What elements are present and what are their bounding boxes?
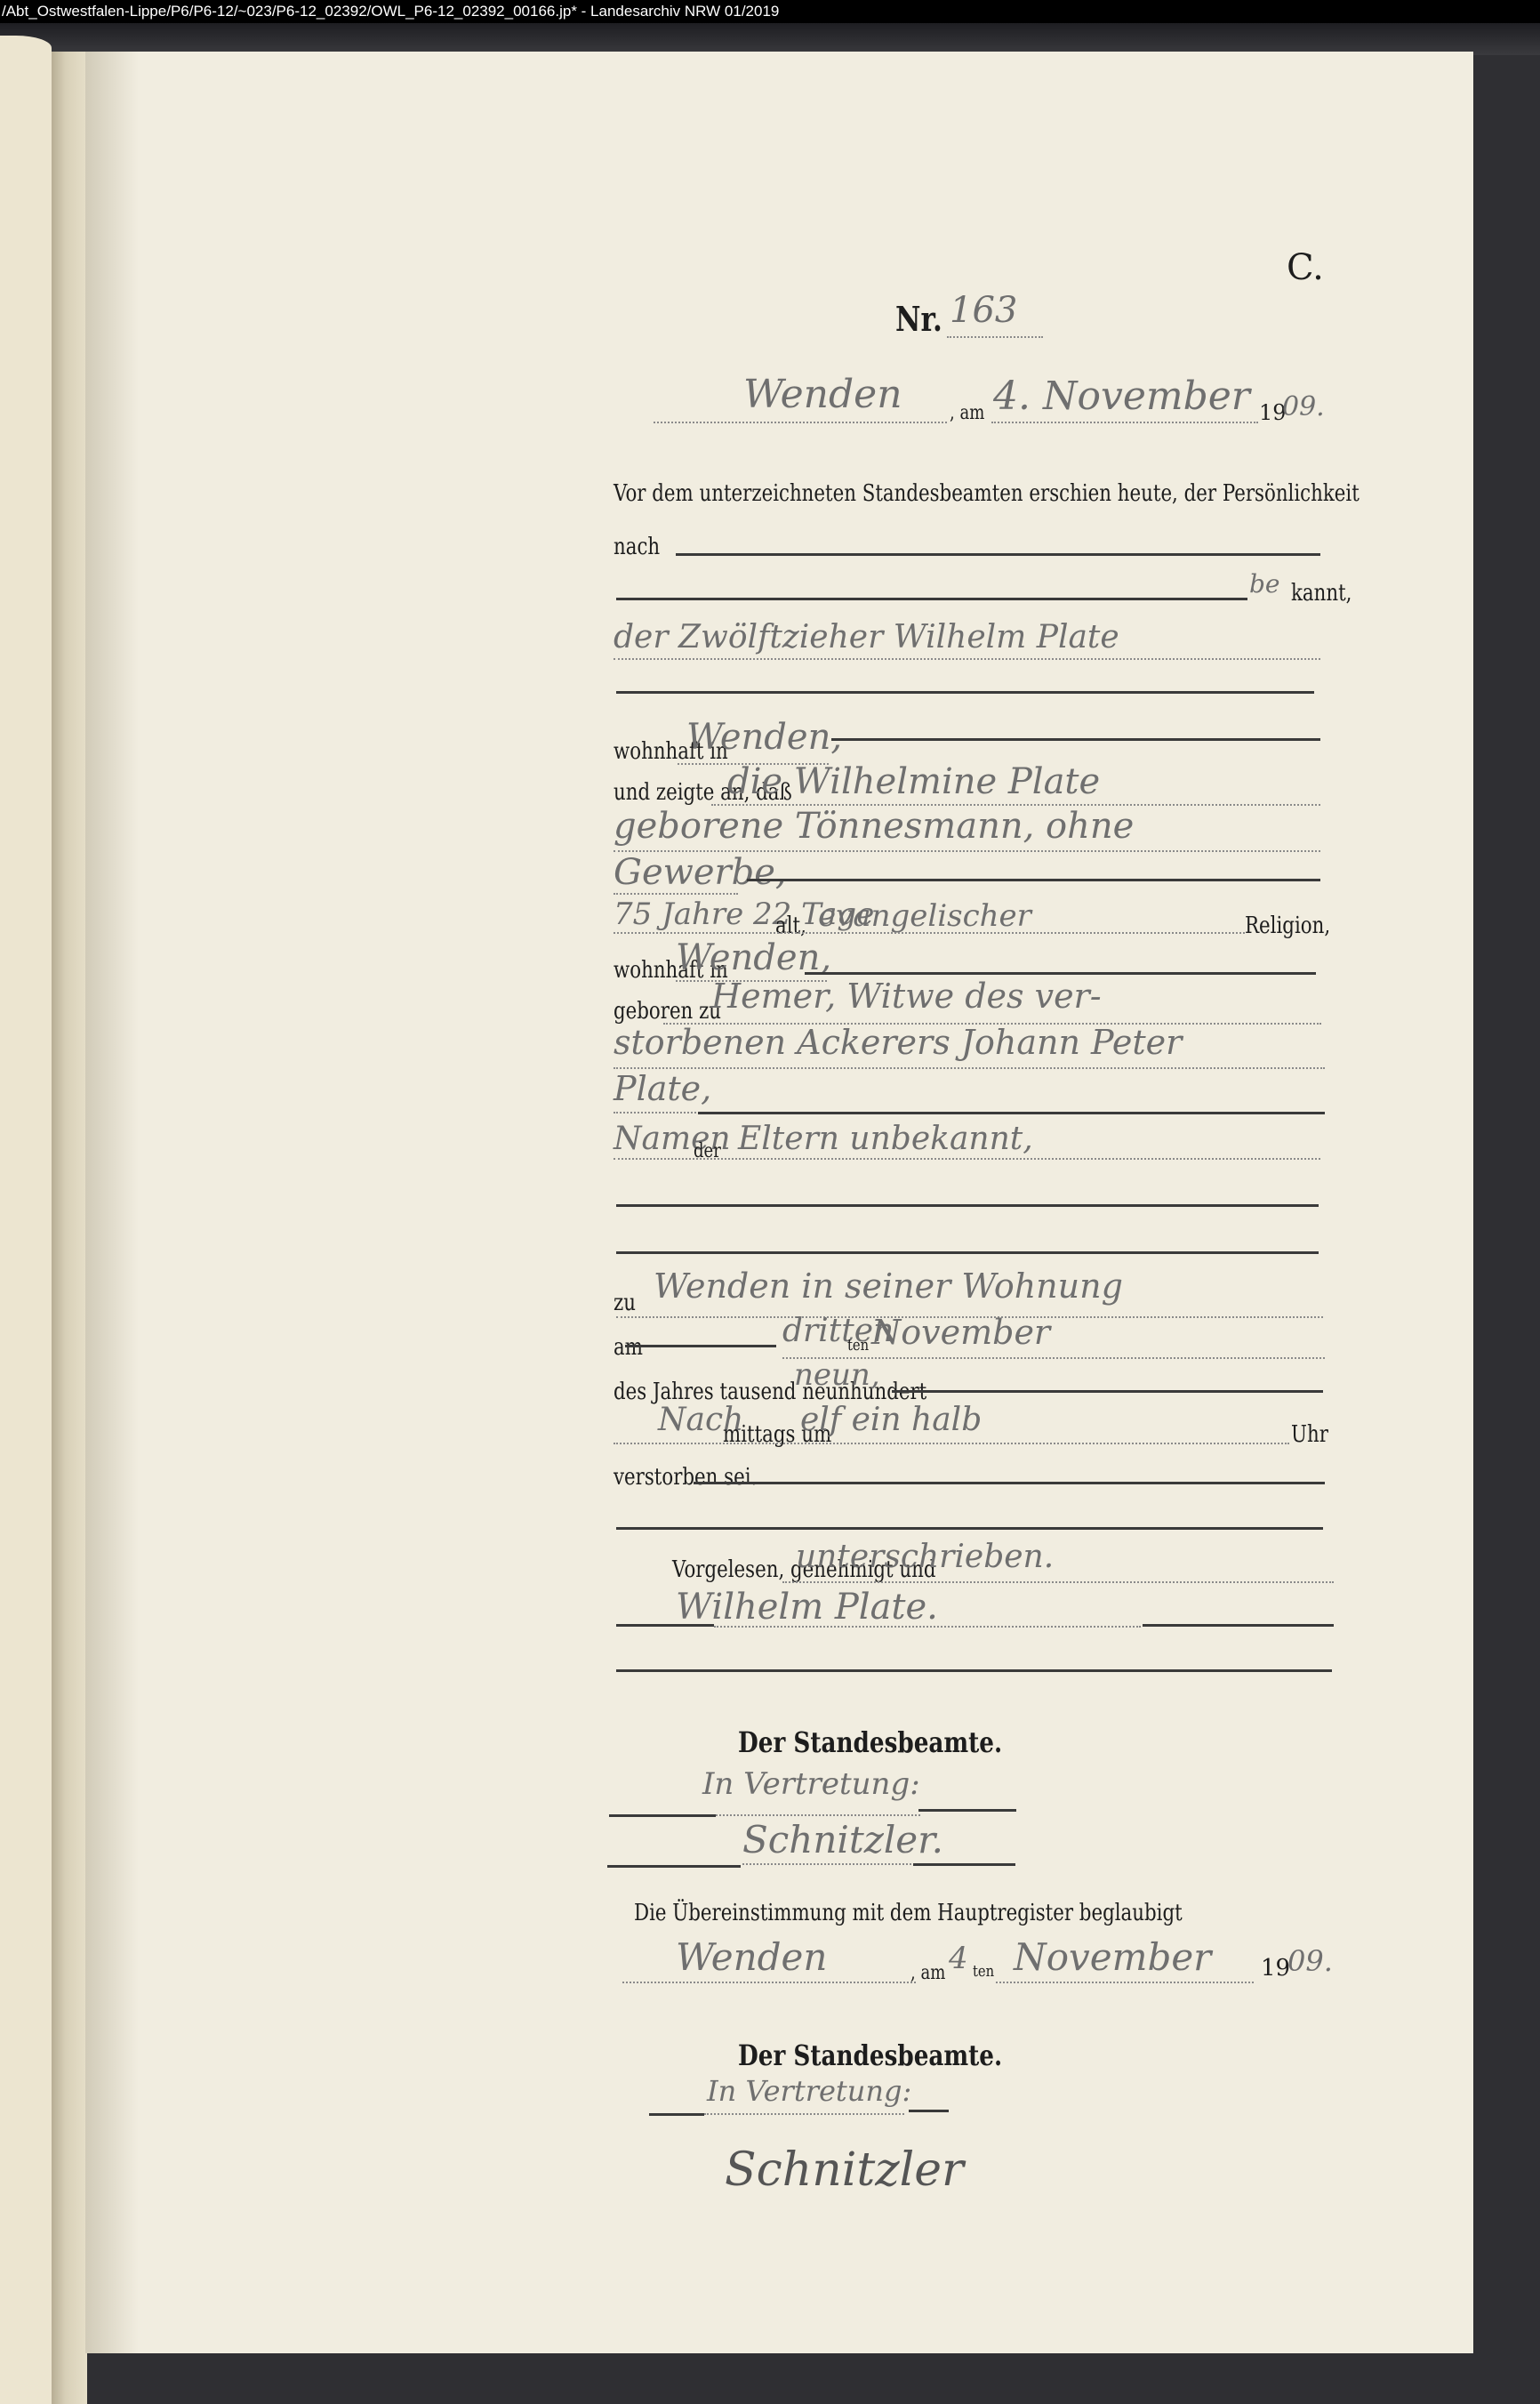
death-month: November — [871, 1313, 1050, 1352]
date-dotted-line — [991, 422, 1258, 423]
geboren-label: geboren zu — [614, 998, 721, 1025]
birth-dotted-3 — [614, 1112, 702, 1114]
number-value: 163 — [950, 290, 1017, 331]
uhr-label: Uhr — [1291, 1421, 1328, 1448]
death-time: elf ein halb — [800, 1402, 982, 1438]
page-shadow — [85, 52, 139, 2353]
cert-day: 4 — [949, 1941, 968, 1976]
certification-text: Die Übereinstimmung mit dem Hauptregiste… — [634, 1900, 1183, 1926]
official-vertretung-1: In Vertretung: — [702, 1766, 920, 1802]
informant-residence: Wenden, — [686, 717, 842, 758]
official-sig-rule-right — [913, 1863, 1015, 1866]
time-dotted — [614, 1443, 1289, 1444]
cert-am-label: , am — [910, 1962, 945, 1984]
informant-line-2 — [616, 691, 1314, 694]
book-gutter — [52, 52, 87, 2404]
zu-label: zu — [614, 1290, 636, 1316]
scan-background — [0, 23, 1540, 55]
day-rule — [625, 1345, 776, 1347]
window-title: /Abt_Ostwestfalen-Lippe/P6/P6-12/~023/P6… — [0, 0, 1540, 23]
residence-line — [831, 738, 1320, 741]
nach-line — [676, 553, 1320, 556]
deceased-religion: evangelischer — [818, 898, 1031, 934]
signature-dotted — [714, 1626, 1141, 1628]
official-signature-2: Schnitzler — [725, 2143, 964, 2197]
place-dotted-line — [654, 422, 947, 423]
birth-line-3: Plate, — [614, 1069, 711, 1108]
nach-label: nach — [614, 534, 660, 560]
vorgelesen-hw: unterschrieben. — [796, 1539, 1054, 1575]
vorgelesen-dotted — [782, 1581, 1334, 1583]
informant-signature: Wilhelm Plate. — [676, 1587, 938, 1628]
death-year: neun, — [794, 1357, 880, 1393]
official-sig-dotted — [742, 1863, 911, 1865]
blank-rule — [616, 1251, 1319, 1254]
cert-year-suffix: 09. — [1287, 1944, 1333, 1978]
signature-rule-right — [1143, 1624, 1334, 1627]
official-vertretung-2: In Vertretung: — [707, 2074, 911, 2108]
parents-hw-b: Eltern unbekannt, — [738, 1121, 1033, 1157]
official-heading-2: Der Standesbeamte. — [738, 2038, 1002, 2072]
birth-line-3-rule — [698, 1112, 1325, 1114]
religion-label: Religion, — [1245, 913, 1330, 939]
number-label: Nr. — [895, 299, 942, 339]
official-1-dotted — [716, 1814, 920, 1816]
verstorben-label: verstorben sei. — [614, 1464, 757, 1491]
birth-line-2: storbenen Ackerers Johann Peter — [614, 1023, 1182, 1062]
series-letter: C. — [1287, 247, 1324, 288]
death-place: Wenden in seiner Wohnung — [654, 1266, 1123, 1306]
parents-rule — [616, 1204, 1319, 1207]
alt-label: alt, — [775, 913, 806, 939]
year-suffix: 09. — [1282, 391, 1325, 422]
birth-dotted-2 — [614, 1067, 1325, 1069]
birth-line-1: Hemer, Witwe des ver- — [711, 977, 1102, 1016]
intro-text: Vor dem unterzeichneten Standesbeamten e… — [614, 480, 1360, 507]
deceased-dotted-3 — [614, 893, 738, 895]
bekannt-line — [616, 598, 1247, 600]
cert-place: Wenden — [676, 1935, 827, 1979]
official-1-rule-right — [918, 1809, 1016, 1812]
deceased-residence-line — [805, 972, 1316, 975]
deceased-line-2: geborene Tönnesmann, ohne — [614, 806, 1134, 847]
facing-page-edge — [0, 36, 52, 2404]
official-heading-1: Der Standesbeamte. — [738, 1725, 1002, 1759]
deceased-line-3-rule — [747, 879, 1320, 881]
registration-place: Wenden — [743, 372, 902, 417]
official-signature-1: Schnitzler. — [742, 1818, 943, 1861]
verstorben-rule — [694, 1482, 1325, 1484]
official-2-rule-left — [649, 2113, 704, 2116]
official-1-rule-left — [609, 1814, 716, 1817]
age-dotted-line — [614, 932, 1245, 934]
official-2-dotted — [704, 2113, 904, 2115]
number-dotted-line — [947, 336, 1043, 338]
deceased-line-3: Gewerbe, — [614, 852, 787, 893]
informant-dotted-line — [614, 658, 1320, 660]
cert-date-dotted — [996, 1982, 1254, 1983]
year-rule — [892, 1390, 1323, 1393]
registration-date: 4. November — [993, 374, 1250, 419]
am-label: , am — [950, 402, 984, 424]
cert-ten-label: ten — [973, 1962, 994, 1981]
official-2-rule-right — [909, 2110, 949, 2112]
cert-month: November — [1014, 1935, 1211, 1979]
parents-dotted-line — [614, 1158, 1320, 1160]
official-sig-rule-left — [607, 1865, 741, 1868]
signature-rule-left — [616, 1624, 714, 1627]
signature-rule-bottom — [616, 1669, 1332, 1672]
informant-name: der Zwölftzieher Wilhelm Plate — [614, 619, 1119, 655]
deceased-line-1: die Wilhelmine Plate — [727, 761, 1100, 802]
cert-place-dotted — [622, 1982, 916, 1983]
am-date-label: am — [614, 1334, 643, 1361]
bekannt-prefix: be — [1249, 569, 1280, 599]
ten-suffix: ten — [847, 1336, 869, 1355]
bekannt-label: kannt, — [1291, 580, 1352, 607]
blank-rule-2 — [616, 1527, 1323, 1530]
cert-year-prefix: 19 — [1261, 1955, 1290, 1982]
